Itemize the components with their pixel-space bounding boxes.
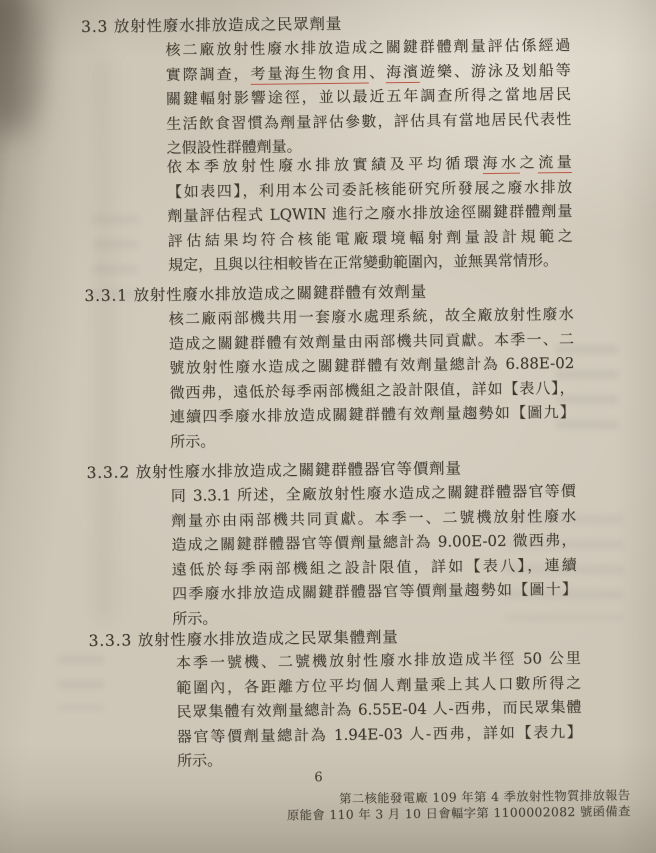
red-underlined-text: 海水	[482, 154, 519, 174]
text-run: 之	[519, 153, 538, 171]
text-run: 實際調查，	[166, 65, 251, 84]
text-run: 遊樂、游泳及划船等	[420, 61, 571, 81]
section-3-3-2-heading: 3.3.2 放射性廢水排放造成之關鍵群體器官等價劑量	[86, 456, 461, 483]
section-3-3-paragraph-2: 依本季放射性廢水排放實績及平均循環海水之流量 【如表四】，利用本公司委託核能研究…	[167, 150, 573, 278]
paragraph-line: 四季廢水排放造成關鍵群體器官等價劑量趨勢如【圖十】	[172, 577, 577, 607]
page-sheet: 3.3 放射性廢水排放造成之民眾劑量 核二廠放射性廢水排放造成之關鍵群體劑量評估…	[0, 0, 656, 853]
report-footer: 第二核能發電廠 109 年第 4 季放射性物質排放報告 原能會 110 年 3 …	[287, 788, 631, 823]
section-3-3-2-paragraph: 同 3.3.1 所述，全廠放射性廢水造成之關鍵群體器官等價 劑量亦由兩部機共同貢…	[171, 479, 578, 631]
footer-approval-reference: 原能會 110 年 3 月 10 日會輻字第 1100002082 號函備查	[287, 804, 631, 824]
section-3-3-3-heading: 3.3.3 放射性廢水排放造成之民眾集體劑量	[88, 625, 398, 651]
section-3-3-1-heading: 3.3.1 放射性廢水排放造成之關鍵群體有效劑量	[84, 280, 427, 306]
section-3-3-3-paragraph: 本季一號機、二號機放射性廢水排放造成半徑 50 公里 範圍內，各距離方位平均個人…	[176, 646, 582, 774]
text-run: 、	[369, 63, 386, 81]
paragraph-line: 連續四季廢水排放造成關鍵群體有效劑量趨勢如【圖九】	[170, 400, 575, 430]
page-number: 6	[314, 770, 322, 785]
red-underlined-text: 流量	[538, 153, 572, 173]
red-underlined-text: 考量海生物食用	[250, 63, 369, 84]
paragraph-line: 規定，且與以往相較皆在正常變動範圍內，並無異常情形。	[168, 248, 573, 278]
red-underlined-text: 海濱	[386, 62, 420, 82]
section-3-3-heading: 3.3 放射性廢水排放造成之民眾劑量	[81, 12, 342, 37]
document-photo: 3.3 放射性廢水排放造成之民眾劑量 核二廠放射性廢水排放造成之關鍵群體劑量評估…	[0, 0, 656, 853]
section-3-3-1-paragraph: 核二廠兩部機共用一套廢水處理系統，故全廠放射性廢水 造成之關鍵群體有效劑量由兩部…	[169, 302, 576, 454]
paragraph-line: 所示。	[177, 744, 582, 774]
section-3-3-paragraph-1: 核二廠放射性廢水排放造成之關鍵群體劑量評估係經過 實際調查，考量海生物食用、海濱…	[165, 33, 571, 161]
paragraph-line: 所示。	[170, 425, 575, 455]
text-run: 依本季放射性廢水排放實績及平均循環	[167, 154, 483, 176]
